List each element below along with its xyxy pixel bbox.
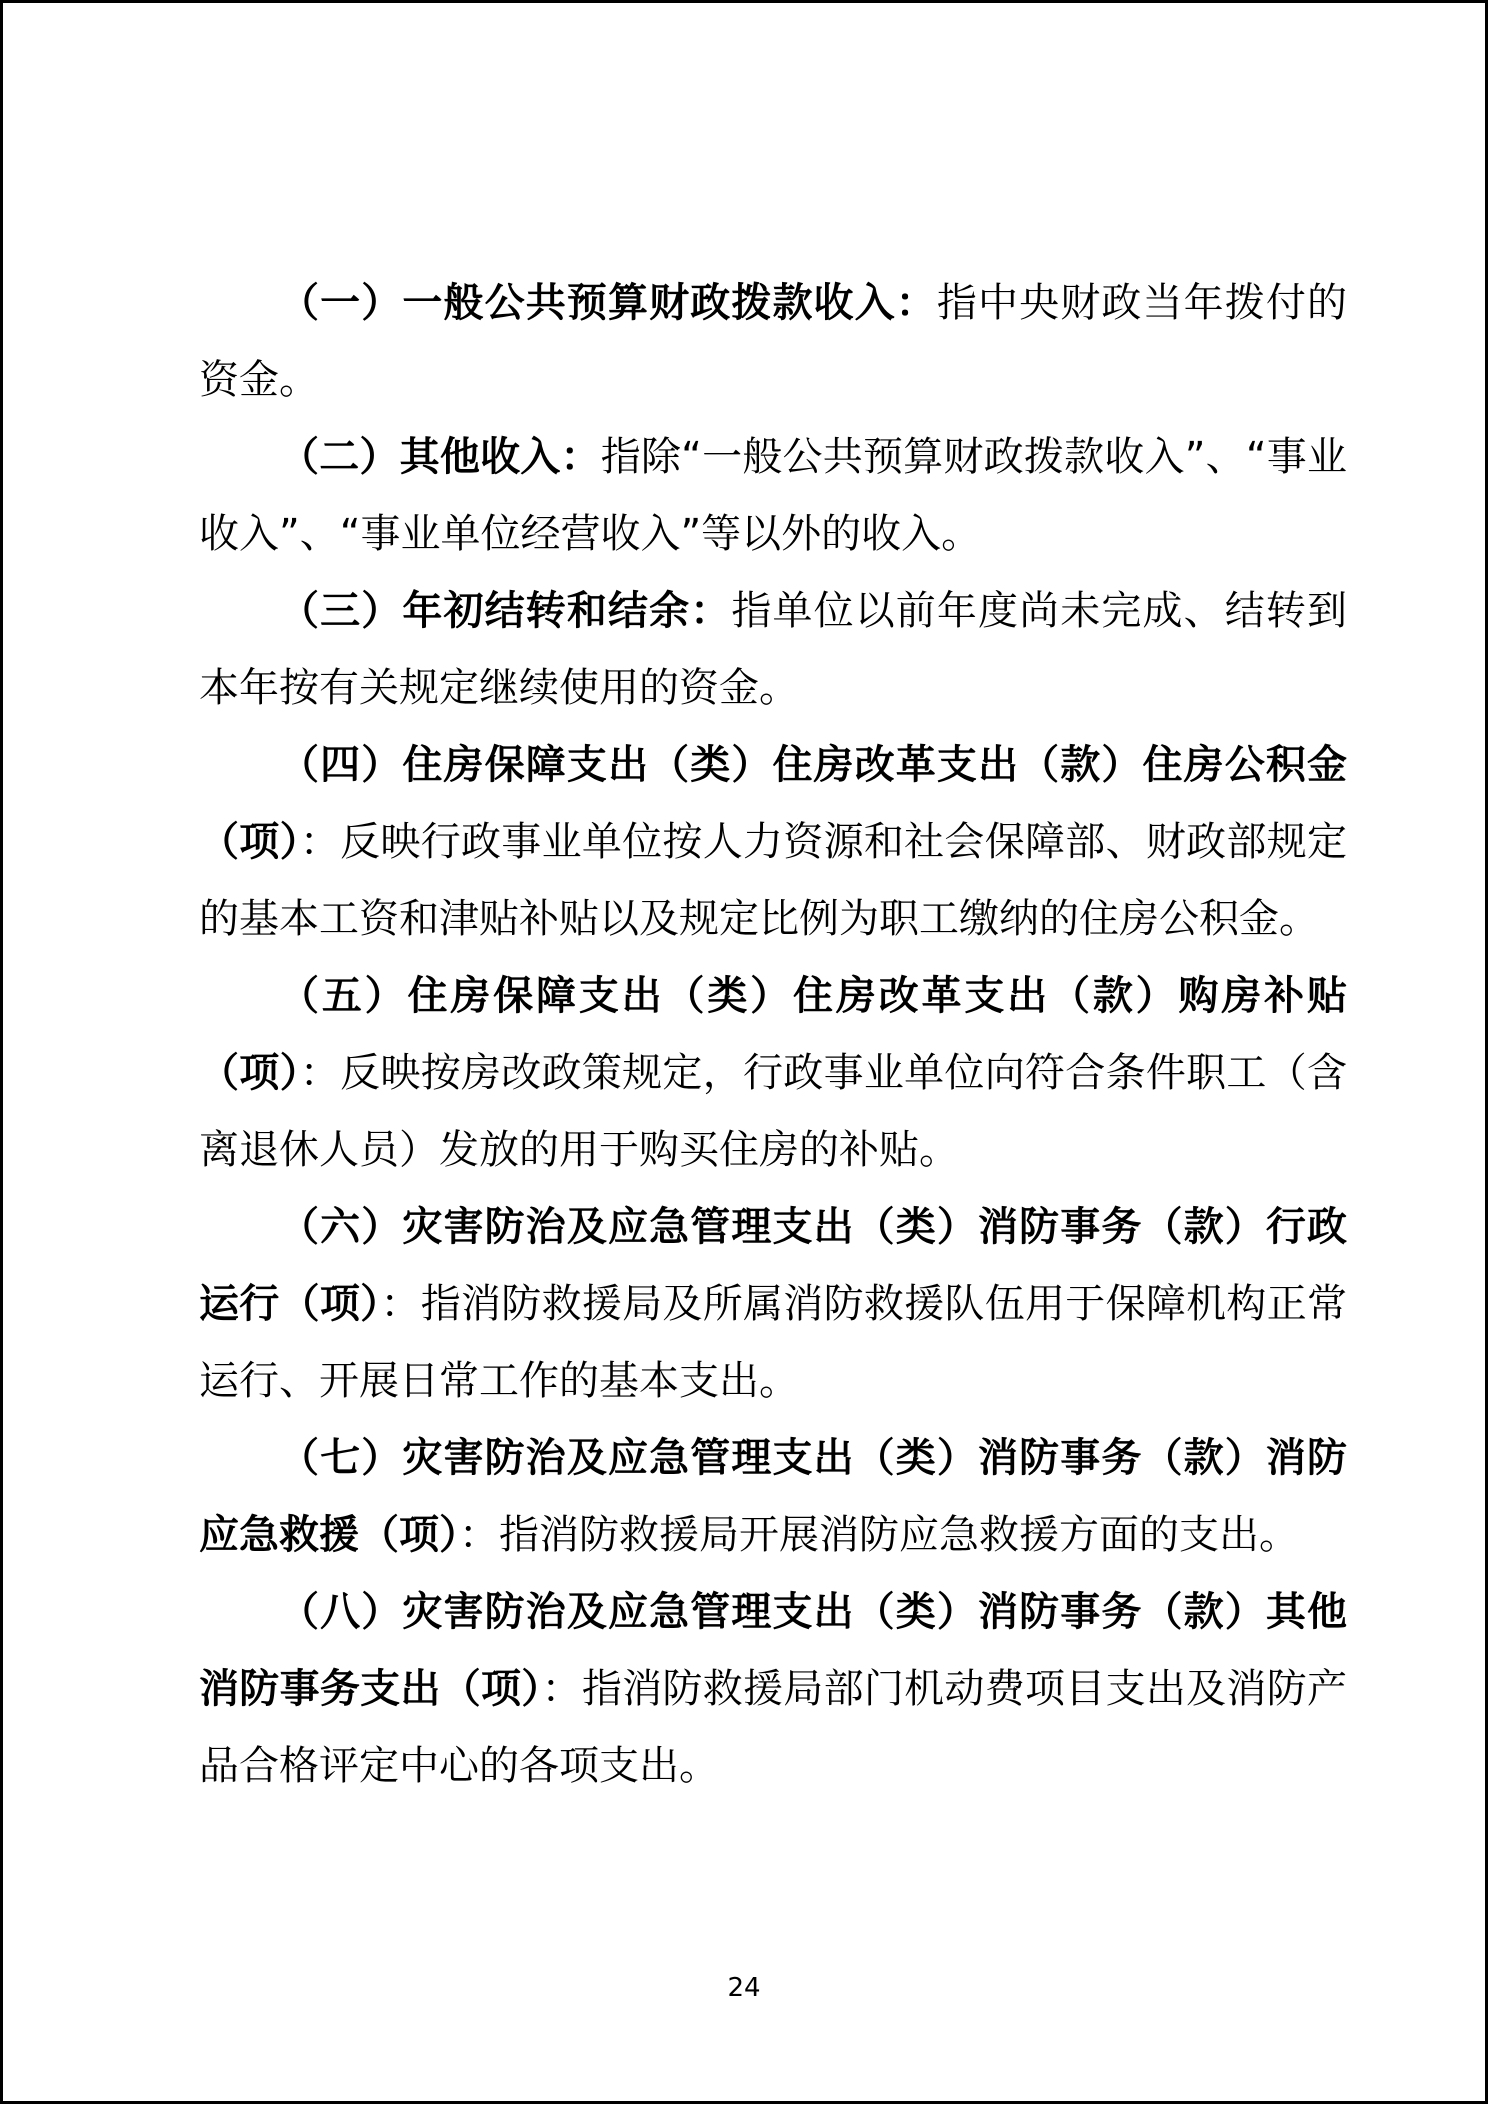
document-body: （一）一般公共预算财政拨款收入：指中央财政当年拨付的资金。 （二）其他收入：指除…	[199, 265, 1347, 1805]
definition-paragraph-8: （八）灾害防治及应急管理支出（类）消防事务（款）其他消防事务支出（项）：指消防救…	[199, 1574, 1347, 1805]
definition-paragraph-7: （七）灾害防治及应急管理支出（类）消防事务（款）消防应急救援（项）：指消防救援局…	[199, 1420, 1347, 1574]
definition-text: ：反映按房改政策规定，行政事业单位向符合条件职工（含离退休人员）发放的用于购买住…	[199, 1050, 1347, 1173]
definition-paragraph-6: （六）灾害防治及应急管理支出（类）消防事务（款）行政运行（项）：指消防救援局及所…	[199, 1189, 1347, 1420]
page-number: 24	[727, 1973, 760, 2003]
definition-paragraph-2: （二）其他收入：指除“一般公共预算财政拨款收入”、“事业收入”、“事业单位经营收…	[199, 419, 1347, 573]
definition-paragraph-3: （三）年初结转和结余：指单位以前年度尚未完成、结转到本年按有关规定继续使用的资金…	[199, 573, 1347, 727]
definition-lead: （二）其他收入：	[279, 434, 601, 480]
definition-text: ：反映行政事业单位按人力资源和社会保障部、财政部规定的基本工资和津贴补贴以及规定…	[199, 819, 1347, 942]
page-footer: 24	[3, 1973, 1485, 2003]
document-page: （一）一般公共预算财政拨款收入：指中央财政当年拨付的资金。 （二）其他收入：指除…	[0, 0, 1488, 2104]
definition-paragraph-1: （一）一般公共预算财政拨款收入：指中央财政当年拨付的资金。	[199, 265, 1347, 419]
definition-paragraph-5: （五）住房保障支出（类）住房改革支出（款）购房补贴（项）：反映按房改政策规定，行…	[199, 958, 1347, 1189]
definition-lead: （一）一般公共预算财政拨款收入：	[279, 280, 937, 326]
definition-paragraph-4: （四）住房保障支出（类）住房改革支出（款）住房公积金（项）：反映行政事业单位按人…	[199, 727, 1347, 958]
definition-lead: （三）年初结转和结余：	[279, 588, 731, 634]
definition-text: ：指消防救援局开展消防应急救援方面的支出。	[459, 1512, 1299, 1558]
